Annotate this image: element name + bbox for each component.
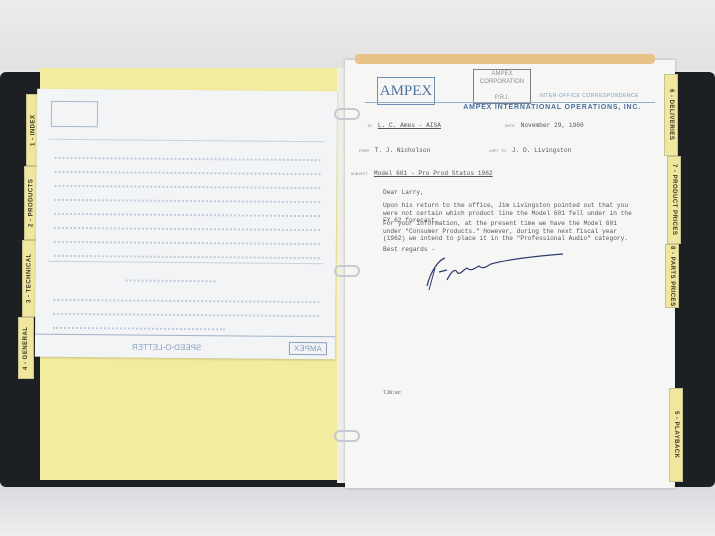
subject-field: SUBJECTModel 601 - Pro Prod Status 1962	[351, 170, 493, 177]
speed-o-letter-brand: SPEED-O-LETTER	[132, 342, 201, 352]
date-field: DATENovember 29, 1960	[505, 122, 584, 129]
form-footer: SPEED-O-LETTER AMPEX	[35, 334, 335, 360]
memo-page: AMPEX AMPEX CORPORATION P.R.I. INTER-OFF…	[345, 60, 675, 488]
typist-initials: TJN:ec	[383, 390, 401, 396]
from-field: FROMT. J. Nicholson	[359, 147, 430, 154]
copy-to-field: COPY TOJ. D. Livingston	[489, 147, 571, 154]
to-field: TOL. C. Ames - AISA	[367, 122, 441, 129]
binder-ring-middle	[334, 265, 360, 277]
salutation: Dear Larry,	[383, 189, 424, 196]
tab-product-prices[interactable]: 7 - PRODUCT PRICES	[667, 156, 681, 244]
tab-deliveries[interactable]: 6 - DELIVERIES	[664, 74, 678, 156]
torn-paper-edge	[355, 54, 655, 64]
binder-ring-top	[334, 108, 360, 120]
tab-playback[interactable]: 5 - PLAYBACK	[669, 388, 683, 482]
company-name: AMPEX INTERNATIONAL OPERATIONS, INC.	[463, 104, 641, 111]
paragraph-2: For your information, at the present tim…	[383, 220, 638, 243]
received-stamp: AMPEX CORPORATION P.R.I.	[473, 69, 531, 104]
speed-letter-form: SPEED-O-LETTER AMPEX	[35, 89, 337, 360]
tablecloth	[0, 480, 715, 536]
signature	[425, 250, 565, 290]
form-ampex-logo: AMPEX	[289, 341, 327, 354]
binder-ring-bottom	[334, 430, 360, 442]
form-footer-text	[43, 341, 45, 350]
tab-general[interactable]: 4 - GENERAL	[18, 317, 34, 379]
tab-parts-prices[interactable]: 8 - PARTS PRICES	[665, 244, 679, 308]
intercorr-label: INTER-OFFICE CORRESPONDENCE	[539, 93, 639, 99]
ampex-logo: AMPEX	[377, 77, 435, 105]
form-address-box	[51, 101, 98, 127]
header-rule	[365, 102, 655, 103]
